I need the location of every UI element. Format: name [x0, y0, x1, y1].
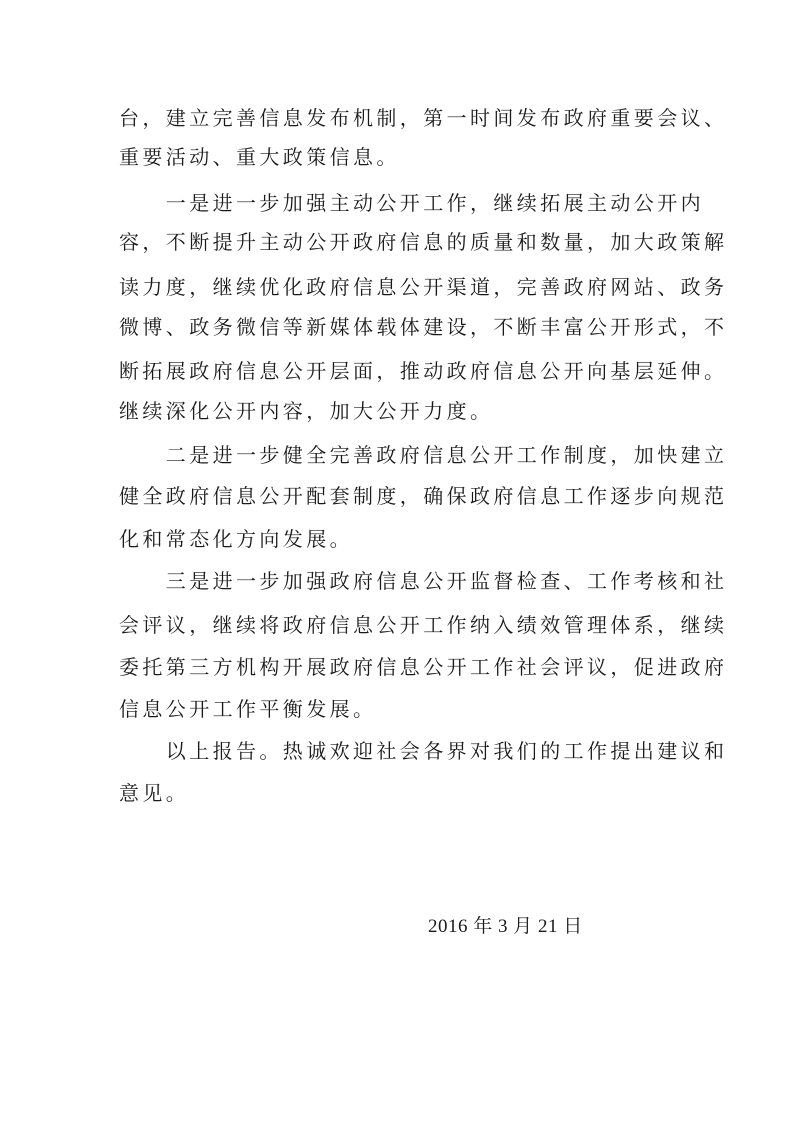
text-line: 断拓展政府信息公开层面，推动政府信息公开向基层延伸。	[119, 356, 685, 386]
text-line: 一是进一步加强主动公开工作，继续拓展主动公开内	[119, 188, 685, 218]
text-line: 台，建立完善信息发布机制，第一时间发布政府重要会议、	[119, 103, 685, 133]
text-line: 以上报告。热诚欢迎社会各界对我们的工作提出建议和	[119, 736, 685, 766]
text-line: 微博、政务微信等新媒体载体建设，不断丰富公开形式，不	[119, 312, 685, 342]
report-date: 2016 年 3 月 21 日	[428, 912, 583, 942]
text-line: 会评议，继续将政府信息公开工作纳入绩效管理体系，继续	[119, 610, 685, 640]
text-line: 委托第三方机构开展政府信息公开工作社会评议，促进政府	[119, 652, 685, 682]
text-line: 读力度，继续优化政府信息公开渠道，完善政府网站、政务	[119, 272, 685, 302]
text-line: 重要活动、重大政策信息。	[119, 142, 685, 172]
text-line: 三是进一步加强政府信息公开监督检查、工作考核和社	[119, 566, 685, 596]
text-line: 继续深化公开内容，加大公开力度。	[119, 396, 685, 426]
document-page: 台，建立完善信息发布机制，第一时间发布政府重要会议、 重要活动、重大政策信息。 …	[0, 0, 793, 1122]
text-line: 化和常态化方向发展。	[119, 524, 685, 554]
text-line: 二是进一步健全完善政府信息公开工作制度，加快建立	[119, 440, 685, 470]
text-line: 健全政府信息公开配套制度，确保政府信息工作逐步向规范	[119, 481, 685, 511]
text-line: 意见。	[119, 778, 685, 808]
text-line: 信息公开工作平衡发展。	[119, 694, 685, 724]
text-line: 容，不断提升主动公开政府信息的质量和数量，加大政策解	[119, 227, 685, 257]
